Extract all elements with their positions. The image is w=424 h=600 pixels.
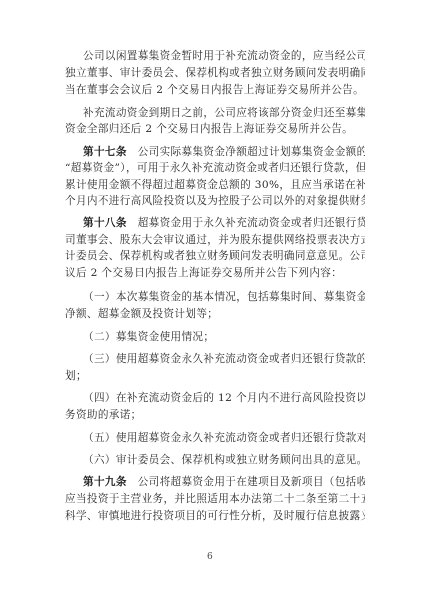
line-text: 独立董事、审计委员会、保荐机构或者独立财务顾问发表明确同意意见。公司应: [65, 67, 365, 79]
line-text: （五）使用超募资金永久补充流动资金或者归还银行贷款对公司的影响；: [83, 432, 365, 444]
line-text: 净额、超募金额及投资计划等；: [65, 308, 218, 320]
text-line: （六）审计委员会、保荐机构或独立财务顾问出具的意见。: [83, 453, 365, 467]
line-text: 司董事会、股东大会审议通过，并为股东提供网络投票表决方式，独立董事、审: [65, 234, 365, 246]
text-line: 科学、审慎地进行投资项目的可行性分析，及时履行信息披露义务。: [65, 509, 365, 523]
text-line: 司董事会、股东大会审议通过，并为股东提供网络投票表决方式，独立董事、审: [65, 233, 365, 247]
text-line: “超募资金”），可用于永久补充流动资金或者归还银行贷款，但每 12 个月内: [65, 161, 365, 175]
text-line: 补充流动资金到期日之前，公司应将该部分资金归还至募集资金专户，并在: [83, 106, 365, 120]
line-text: （六）审计委员会、保荐机构或独立财务顾问出具的意见。: [83, 454, 365, 466]
line-text: 划；: [65, 370, 87, 382]
line-text: 资金全部归还后 2 个交易日内报告上海证券交易所并公告。: [65, 123, 353, 135]
line-text: 务资助的承诺；: [65, 409, 142, 421]
line-text: 超募资金用于永久补充流动资金或者归还银行贷款的，应当经公: [127, 217, 365, 229]
text-line: （二）募集资金使用情况；: [83, 330, 365, 344]
line-text: 议后 2 个交易日内报告上海证券交易所并公告下列内容：: [65, 267, 342, 279]
line-text: 公司以闲置募集资金暂时用于补充流动资金的，应当经公司董事会审议通过，: [83, 50, 365, 62]
line-text: 计委员会、保荐机构或者独立财务顾问发表明确同意意见。公司应当在董事会会: [65, 250, 365, 262]
document-page: 公司以闲置募集资金暂时用于补充流动资金的，应当经公司董事会审议通过，独立董事、审…: [0, 0, 424, 600]
line-text: 当在董事会会议后 2 个交易日内报告上海证券交易所并公告。: [65, 84, 364, 96]
article-heading-line: 第十九条 公司将超募资金用于在建项目及新项目（包括收购资产等）的，: [83, 475, 365, 489]
text-line: 务资助的承诺；: [65, 408, 365, 422]
text-line: （一）本次募集资金的基本情况，包括募集时间、募集资金金额、募集资金: [83, 290, 365, 304]
text-line: 划；: [65, 369, 365, 383]
text-line: 议后 2 个交易日内报告上海证券交易所并公告下列内容：: [65, 266, 365, 280]
text-line: 累计使用金额不得超过超募资金总额的 30%，且应当承诺在补充流动资金后的 12: [65, 178, 365, 192]
line-text: （三）使用超募资金永久补充流动资金或者归还银行贷款的必要性和详细计: [83, 353, 365, 365]
line-text: （二）募集资金使用情况；: [83, 331, 214, 343]
text-line: 净额、超募金额及投资计划等；: [65, 307, 365, 321]
text-line: 应当投资于主营业务，并比照适用本办法第二十二条至第二十五条的相关规定，: [65, 492, 365, 506]
line-text: 应当投资于主营业务，并比照适用本办法第二十二条至第二十五条的相关规定，: [65, 493, 365, 505]
article-heading-line: 第十八条 超募资金用于永久补充流动资金或者归还银行贷款的，应当经公: [83, 216, 365, 230]
article-heading-line: 第十七条 公司实际募集资金净额超过计划募集资金金额的部分（以下简称: [83, 145, 365, 159]
text-line: 个月内不进行高风险投资以及为控股子公司以外的对象提供财务资助。: [65, 194, 365, 208]
text-line: 资金全部归还后 2 个交易日内报告上海证券交易所并公告。: [65, 122, 365, 136]
article-label: 第十八条: [83, 217, 127, 229]
text-line: 公司以闲置募集资金暂时用于补充流动资金的，应当经公司董事会审议通过，: [83, 49, 365, 63]
line-text: 公司实际募集资金净额超过计划募集资金金额的部分（以下简称: [127, 146, 365, 158]
article-label: 第十九条: [83, 476, 127, 488]
line-text: 公司将超募资金用于在建项目及新项目（包括收购资产等）的，: [127, 476, 365, 488]
page-number: 6: [207, 552, 213, 562]
line-text: （四）在补充流动资金后的 12 个月内不进行高风险投资以及为他人提供财: [83, 392, 365, 404]
text-line: （三）使用超募资金永久补充流动资金或者归还银行贷款的必要性和详细计: [83, 352, 365, 366]
text-line: 当在董事会会议后 2 个交易日内报告上海证券交易所并公告。: [65, 83, 365, 97]
line-text: 科学、审慎地进行投资项目的可行性分析，及时履行信息披露义务。: [65, 510, 365, 522]
text-line: 计委员会、保荐机构或者独立财务顾问发表明确同意意见。公司应当在董事会会: [65, 249, 365, 263]
text-line: 独立董事、审计委员会、保荐机构或者独立财务顾问发表明确同意意见。公司应: [65, 66, 365, 80]
line-text: 累计使用金额不得超过超募资金总额的 30%，且应当承诺在补充流动资金后的 12: [65, 179, 365, 191]
line-text: （一）本次募集资金的基本情况，包括募集时间、募集资金金额、募集资金: [83, 291, 365, 303]
line-text: “超募资金”），可用于永久补充流动资金或者归还银行贷款，但每 12 个月内: [65, 162, 365, 174]
text-line: （四）在补充流动资金后的 12 个月内不进行高风险投资以及为他人提供财: [83, 391, 365, 405]
article-label: 第十七条: [83, 146, 127, 158]
line-text: 补充流动资金到期日之前，公司应将该部分资金归还至募集资金专户，并在: [83, 107, 365, 119]
line-text: 个月内不进行高风险投资以及为控股子公司以外的对象提供财务资助。: [65, 195, 365, 207]
text-line: （五）使用超募资金永久补充流动资金或者归还银行贷款对公司的影响；: [83, 431, 365, 445]
